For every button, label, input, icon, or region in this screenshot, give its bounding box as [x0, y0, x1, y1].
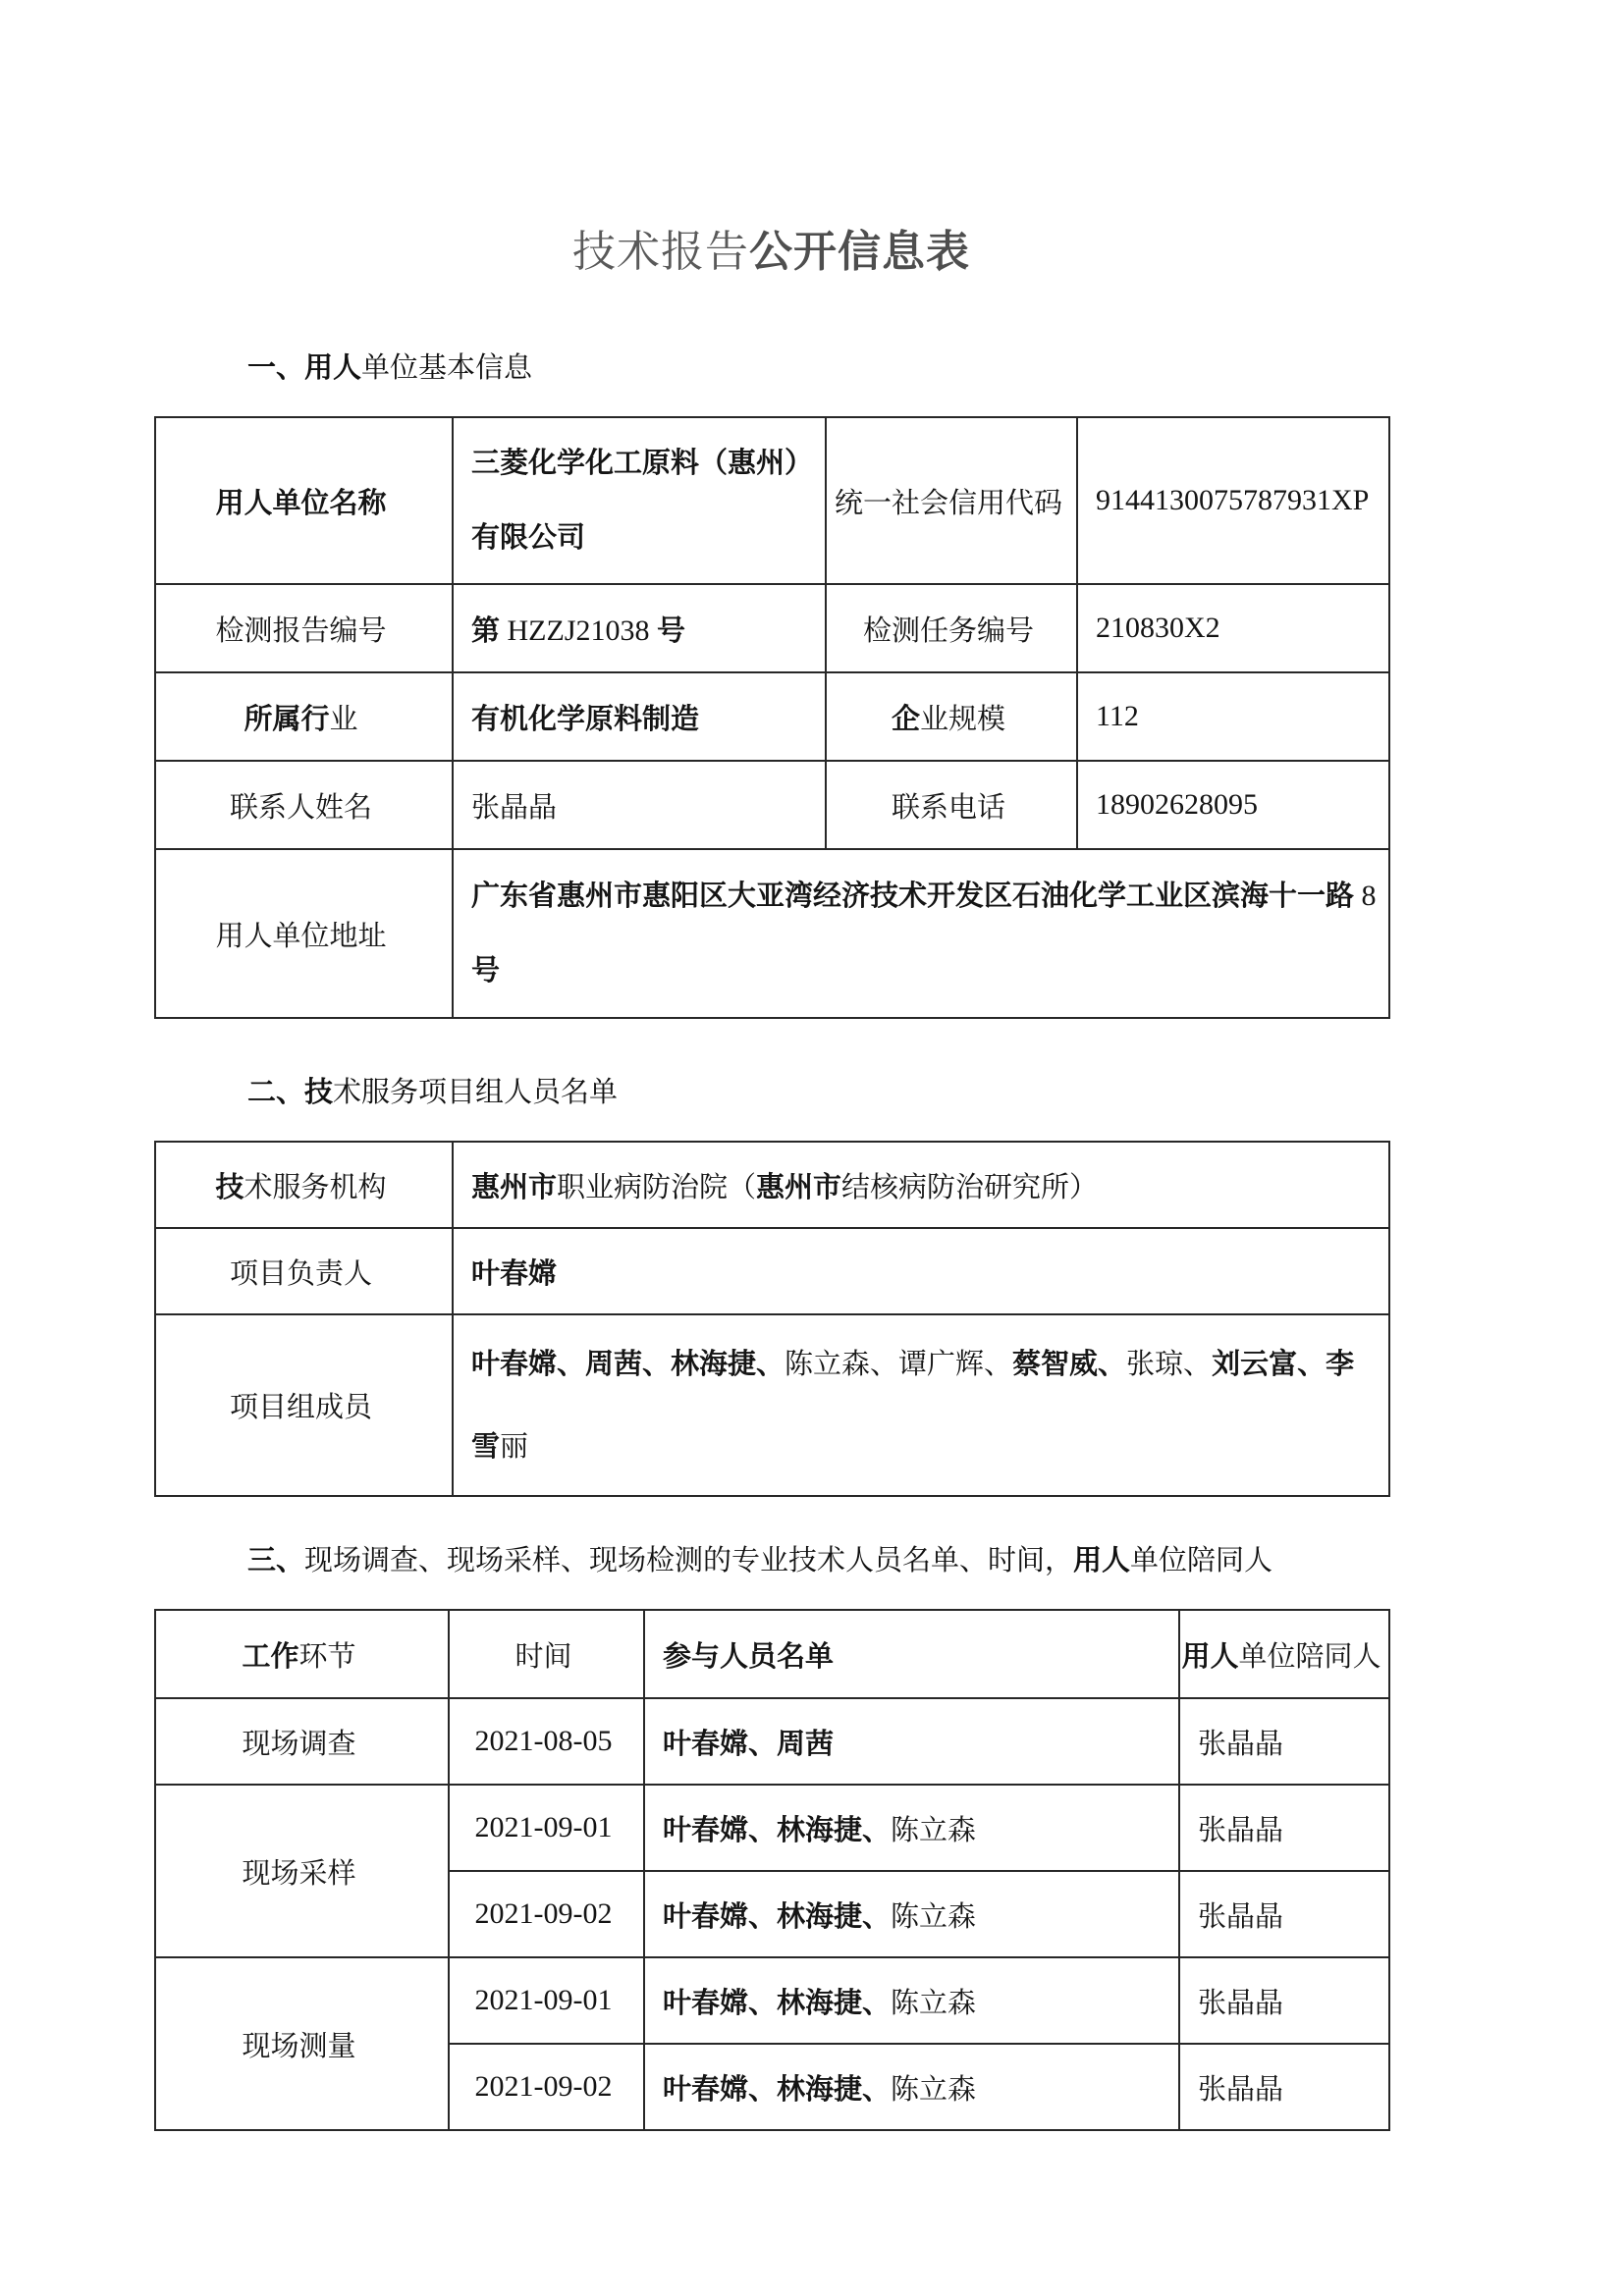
contact-name-label: 联系人姓名 [155, 761, 453, 849]
phone-value: 18902628095 [1077, 761, 1389, 849]
credit-code-label: 统一社会信用代码 [826, 417, 1077, 584]
companion-header: 用人单位陪同人 [1179, 1610, 1389, 1698]
table-row: 检测报告编号 第 HZZJ21038 号 检测任务编号 210830X2 [155, 584, 1389, 672]
employer-info-table: 用人单位名称 三菱化学化工原料（惠州）有限公司 统一社会信用代码 9144130… [154, 416, 1390, 1019]
companion-cell: 张晶晶 [1179, 1871, 1389, 1957]
companion-cell: 张晶晶 [1179, 1957, 1389, 2044]
section-1-heading: 一、用人单位基本信息 [247, 346, 1388, 386]
table-row: 项目负责人 叶春嫦 [155, 1228, 1389, 1314]
companion-cell: 张晶晶 [1179, 2044, 1389, 2130]
service-org-label: 技术服务机构 [155, 1142, 453, 1228]
project-leader-value: 叶春嫦 [453, 1228, 1389, 1314]
stage-cell: 现场采样 [155, 1785, 449, 1957]
table-row: 现场测量 2021-09-01 叶春嫦、林海捷、陈立森 张晶晶 [155, 1957, 1389, 2044]
address-label: 用人单位地址 [155, 849, 453, 1018]
names-cell: 叶春嫦、林海捷、陈立森 [644, 1871, 1179, 1957]
contact-name-value: 张晶晶 [453, 761, 826, 849]
project-members-value: 叶春嫦、周茜、林海捷、陈立森、谭广辉、蔡智威、张琼、刘云富、李雪丽 [453, 1314, 1389, 1496]
time-header: 时间 [449, 1610, 644, 1698]
date-cell: 2021-09-02 [449, 1871, 644, 1957]
section-3-heading: 三、现场调查、现场采样、现场检测的专业技术人员名单、时间，用人单位陪同人 [247, 1538, 1388, 1578]
project-members-label: 项目组成员 [155, 1314, 453, 1496]
names-cell: 叶春嫦、林海捷、陈立森 [644, 2044, 1179, 2130]
industry-label: 所属行业 [155, 672, 453, 761]
names-cell: 叶春嫦、周茜 [644, 1698, 1179, 1785]
table-row: 联系人姓名 张晶晶 联系电话 18902628095 [155, 761, 1389, 849]
date-cell: 2021-08-05 [449, 1698, 644, 1785]
companion-cell: 张晶晶 [1179, 1785, 1389, 1871]
industry-value: 有机化学原料制造 [453, 672, 826, 761]
participants-header: 参与人员名单 [644, 1610, 1179, 1698]
scale-value: 112 [1077, 672, 1389, 761]
task-no-value: 210830X2 [1077, 584, 1389, 672]
report-no-value: 第 HZZJ21038 号 [453, 584, 826, 672]
fieldwork-schedule-table: 工作环节 时间 参与人员名单 用人单位陪同人 现场调查 2021-08-05 叶… [154, 1609, 1390, 2131]
table-row: 用人单位名称 三菱化学化工原料（惠州）有限公司 统一社会信用代码 9144130… [155, 417, 1389, 584]
employer-name-value: 三菱化学化工原料（惠州）有限公司 [453, 417, 826, 584]
project-leader-label: 项目负责人 [155, 1228, 453, 1314]
table-row: 所属行业 有机化学原料制造 企业规模 112 [155, 672, 1389, 761]
stage-cell: 现场测量 [155, 1957, 449, 2130]
task-no-label: 检测任务编号 [826, 584, 1077, 672]
date-cell: 2021-09-01 [449, 1785, 644, 1871]
date-cell: 2021-09-01 [449, 1957, 644, 2044]
names-cell: 叶春嫦、林海捷、陈立森 [644, 1785, 1179, 1871]
companion-cell: 张晶晶 [1179, 1698, 1389, 1785]
stage-cell: 现场调查 [155, 1698, 449, 1785]
address-value: 广东省惠州市惠阳区大亚湾经济技术开发区石油化学工业区滨海十一路 8 号 [453, 849, 1389, 1018]
page-title: 技术报告公开信息表 [154, 216, 1388, 279]
document-page: 技术报告公开信息表 一、用人单位基本信息 用人单位名称 三菱化学化工原料（惠州）… [154, 216, 1388, 2131]
table-row: 现场采样 2021-09-01 叶春嫦、林海捷、陈立森 张晶晶 [155, 1785, 1389, 1871]
table-row: 现场调查 2021-08-05 叶春嫦、周茜 张晶晶 [155, 1698, 1389, 1785]
names-cell: 叶春嫦、林海捷、陈立森 [644, 1957, 1179, 2044]
section-2-heading: 二、技术服务项目组人员名单 [247, 1070, 1388, 1110]
table-row: 技术服务机构 惠州市职业病防治院（惠州市结核病防治研究所） [155, 1142, 1389, 1228]
phone-label: 联系电话 [826, 761, 1077, 849]
table-row: 项目组成员 叶春嫦、周茜、林海捷、陈立森、谭广辉、蔡智威、张琼、刘云富、李雪丽 [155, 1314, 1389, 1496]
scale-label: 企业规模 [826, 672, 1077, 761]
employer-name-label: 用人单位名称 [155, 417, 453, 584]
work-step-header: 工作环节 [155, 1610, 449, 1698]
date-cell: 2021-09-02 [449, 2044, 644, 2130]
credit-code-value: 9144130075787931XP [1077, 417, 1389, 584]
table-row: 用人单位地址 广东省惠州市惠阳区大亚湾经济技术开发区石油化学工业区滨海十一路 8… [155, 849, 1389, 1018]
service-org-value: 惠州市职业病防治院（惠州市结核病防治研究所） [453, 1142, 1389, 1228]
report-no-label: 检测报告编号 [155, 584, 453, 672]
project-team-table: 技术服务机构 惠州市职业病防治院（惠州市结核病防治研究所） 项目负责人 叶春嫦 … [154, 1141, 1390, 1497]
table-header-row: 工作环节 时间 参与人员名单 用人单位陪同人 [155, 1610, 1389, 1698]
